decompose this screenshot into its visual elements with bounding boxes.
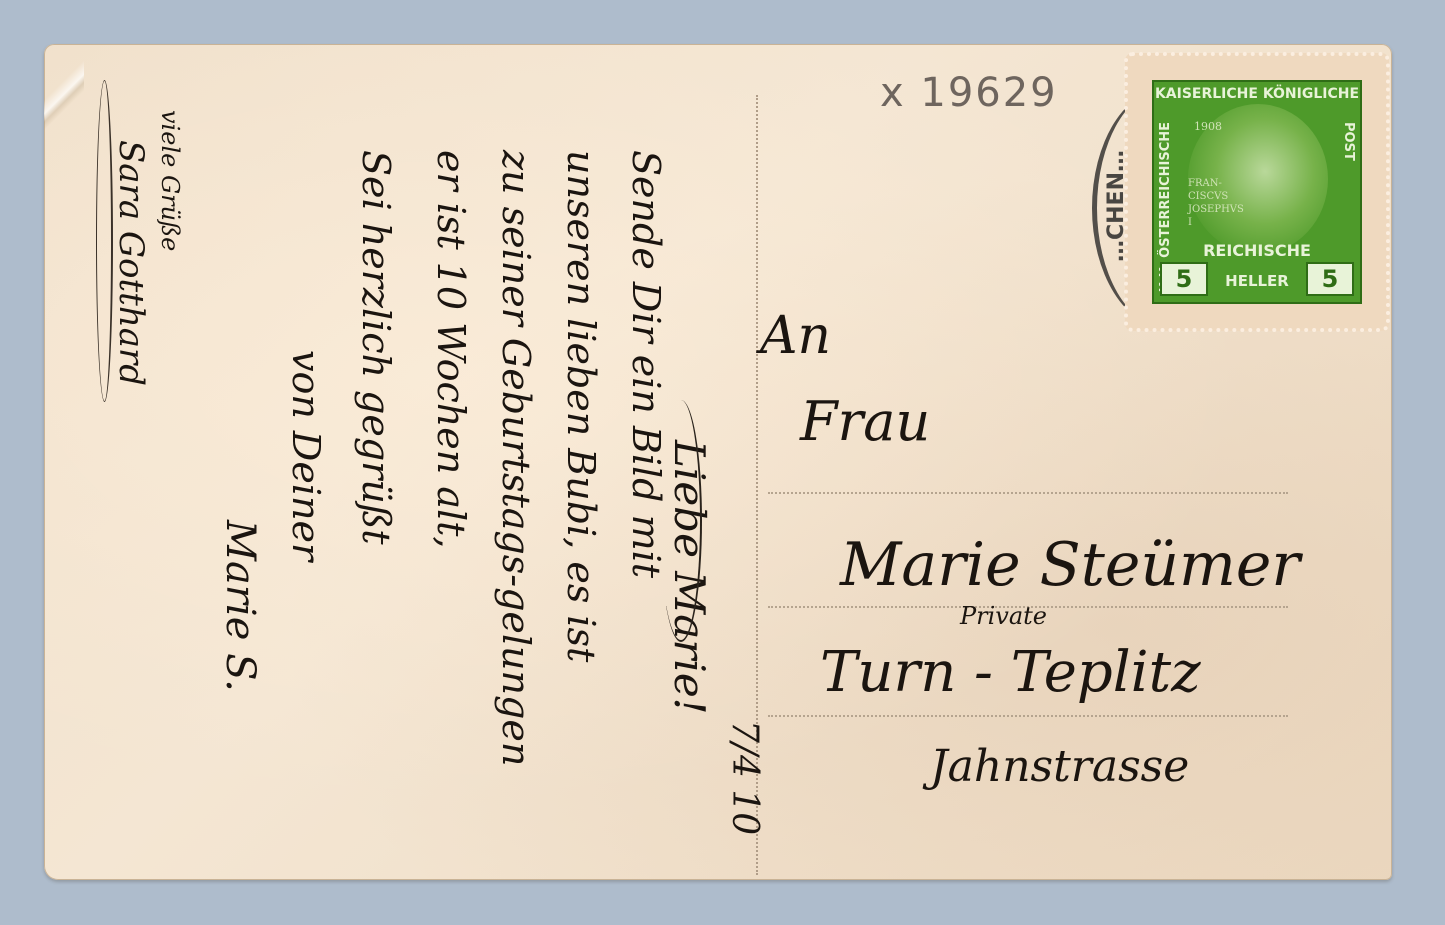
address-note: Private: [960, 604, 1047, 628]
stamp-text-top: KAISERLICHE KÖNIGLICHE: [1154, 86, 1360, 102]
address-prefix: An: [760, 310, 831, 362]
address-line-3: [768, 715, 1288, 717]
inventory-number: x 19629: [880, 70, 1058, 116]
portrait-caption: FRAN- CISCVS JOSEPHVS I: [1188, 177, 1244, 229]
stamp-value-right: 5: [1306, 262, 1354, 296]
message-signature: Marie S.: [220, 520, 260, 692]
corner-crease: [44, 44, 84, 144]
stamp-year: 1908: [1194, 120, 1222, 133]
message-line-5: Sei herzlich gegrüßt: [357, 150, 395, 544]
message-line-3: zu seiner Geburtstags-gelungen: [497, 150, 535, 766]
postage-stamp: KAISERLICHE KÖNIGLICHE K.K. ÖSTERREICHIS…: [1130, 58, 1384, 326]
message-line-6: von Deiner: [287, 350, 325, 561]
address-street: Jahnstrasse: [930, 745, 1189, 789]
address-salutation: Frau: [800, 395, 930, 449]
address-city: Turn - Teplitz: [820, 645, 1201, 701]
address-line-1: [768, 492, 1288, 494]
stamp-text-bottom: REICHISCHE: [1154, 241, 1360, 260]
message-line-4: er ist 10 Wochen alt,: [432, 150, 470, 548]
side-note-line-1: viele Grüße: [158, 110, 182, 251]
message-date: 7/4 10: [726, 720, 762, 835]
message-line-2: unseren lieben Bubi, es ist: [562, 150, 600, 662]
greeting-flourish: [660, 400, 702, 642]
side-note-line-2: Sara Gotthard: [114, 140, 148, 386]
stamp-text-right: POST: [1341, 122, 1356, 161]
stamp-frame: KAISERLICHE KÖNIGLICHE K.K. ÖSTERREICHIS…: [1152, 80, 1362, 304]
address-name: Marie Steümer: [840, 535, 1300, 595]
postmark-text: …CHEN…: [1104, 150, 1129, 262]
side-note-flourish: [96, 80, 113, 402]
